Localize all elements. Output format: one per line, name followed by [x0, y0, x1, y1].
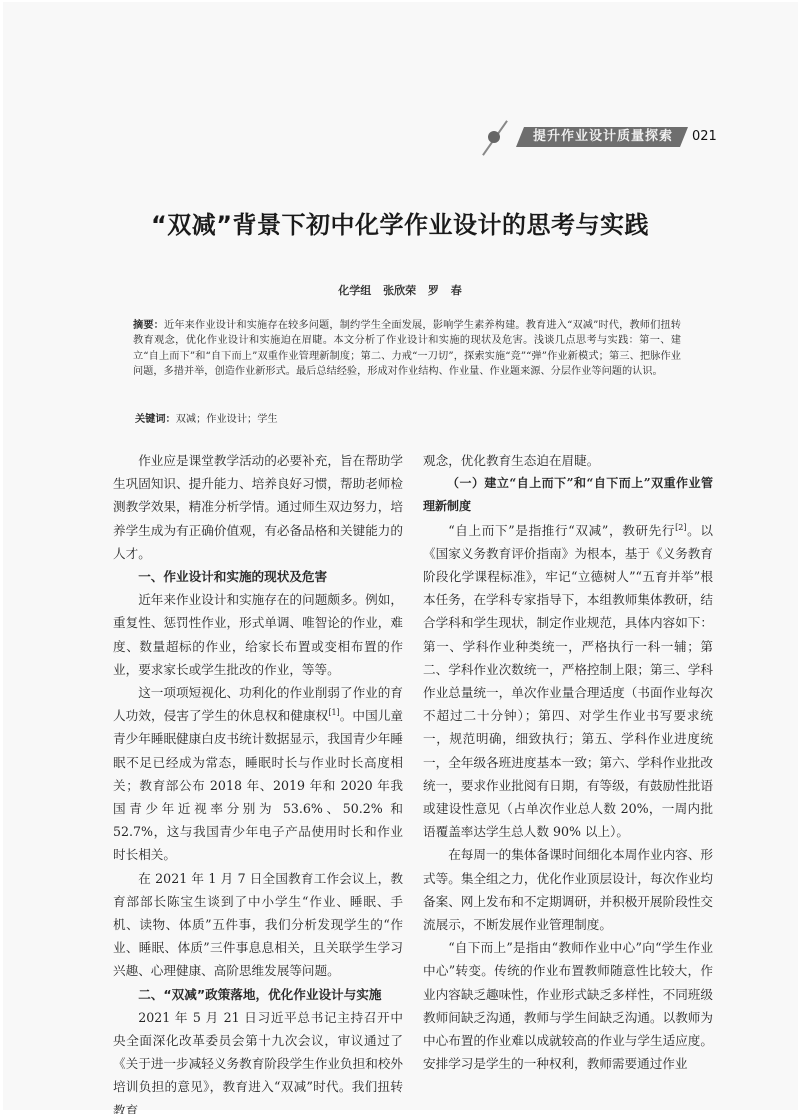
- paragraph-text: “自上而下”是指推行“双减”，教研先行: [448, 523, 675, 538]
- paragraph: 在 2021 年 1 月 7 日全国教育工作会议上，教育部部长陈宝生谈到了中小学…: [113, 867, 403, 983]
- section-heading: 一、作业设计和实施的现状及危害: [113, 565, 403, 588]
- paragraph-text: 。中国儿童青少年睡眠健康白皮书统计数据显示，我国青少年睡眠不足已经成为常态，睡眠…: [113, 708, 403, 862]
- left-column: 作业应是课堂教学活动的必要补充，旨在帮助学生巩固知识、提升能力、培养良好习惯，帮…: [113, 449, 403, 1114]
- citation-ref: [2]: [675, 522, 686, 531]
- paragraph: “自上而下”是指推行“双减”，教研先行[2]。以《国家义务教育评价指南》为根本，…: [423, 519, 713, 844]
- paragraph: 这一项项短视化、功利化的作业削弱了作业的育人功效，侵害了学生的休息权和健康权[1…: [113, 681, 403, 867]
- paragraph: 作业应是课堂教学活动的必要补充，旨在帮助学生巩固知识、提升能力、培养良好习惯，帮…: [113, 449, 403, 565]
- keywords: 关键词：双减；作业设计；学生: [135, 410, 278, 425]
- right-column: 观念，优化教育生态迫在眉睫。 （一）建立“自上而下”和“自下而上”双重作业管理新…: [423, 449, 713, 1075]
- keywords-label: 关键词：: [135, 414, 176, 425]
- paragraph: 在每周一的集体备课时间细化本周作业内容、形式等。集全组之力，优化作业顶层设计，每…: [423, 843, 713, 936]
- paragraph: 2021 年 5 月 21 日习近平总书记主持召开中央全面深化改革委员会第十九次…: [113, 1006, 403, 1114]
- abstract-label: 摘要：: [133, 320, 164, 331]
- running-head: 提升作业设计质量探索 021: [484, 117, 734, 157]
- paragraph: 近年来作业设计和实施存在的问题颇多。例如，重复性、惩罚性作业，形式单调、唯智论的…: [113, 588, 403, 681]
- keywords-text: 双减；作业设计；学生: [176, 414, 278, 425]
- page-number: 021: [692, 129, 717, 145]
- subsection-heading: （一）建立“自上而下”和“自下而上”双重作业管理新制度: [423, 472, 713, 518]
- header-dot-ornament: [488, 131, 500, 143]
- abstract-text: 近年来作业设计和实施存在较多问题，制约学生全面发展，影响学生素养构建。教育进入“…: [133, 320, 681, 377]
- paragraph-text: 。以《国家义务教育评价指南》为根本，基于《义务教育阶段化学课程标准》，牢记“立德…: [423, 523, 713, 840]
- article-authors: 化学组 张欣荣 罗 春: [0, 282, 800, 298]
- paragraph: “自下而上”是指由“教师作业中心”向“学生作业中心”转变。传统的作业布置教师随意…: [423, 936, 713, 1075]
- section-title: 提升作业设计质量探索: [528, 128, 678, 146]
- section-heading: 二、“双减”政策落地，优化作业设计与实施: [113, 983, 403, 1006]
- article-title: “双减”背景下初中化学作业设计的思考与实践: [0, 205, 800, 240]
- paragraph: 观念，优化教育生态迫在眉睫。: [423, 449, 713, 472]
- citation-ref: [1]: [328, 708, 339, 717]
- abstract: 摘要：近年来作业设计和实施存在较多问题，制约学生全面发展，影响学生素养构建。教育…: [133, 318, 681, 380]
